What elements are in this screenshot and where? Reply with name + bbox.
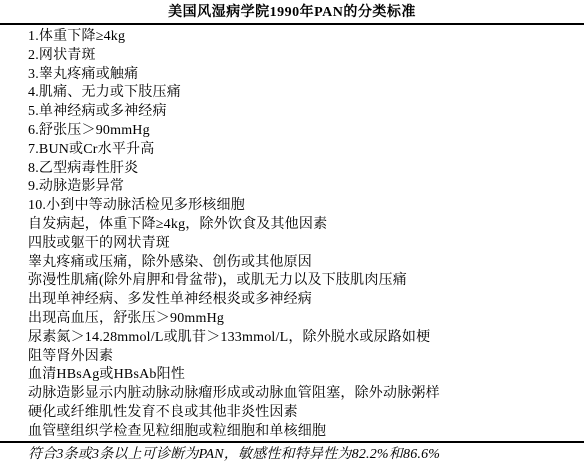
criteria-line: 阻等肾外因素 bbox=[28, 348, 578, 367]
criteria-line: 硬化或纤维肌性发育不良或其他非炎性因素 bbox=[28, 404, 578, 423]
criteria-line: 5.单神经病或多神经病 bbox=[28, 103, 578, 122]
criteria-line: 弥漫性肌痛(除外肩胛和骨盆带)，或肌无力以及下肢肌肉压痛 bbox=[28, 272, 578, 291]
criteria-line: 7.BUN或Cr水平升高 bbox=[28, 141, 578, 160]
criteria-line: 9.动脉造影异常 bbox=[28, 178, 578, 197]
footnote: 符合3条或3条以上可诊断为PAN，敏感性和特异性为82.2%和86.6% bbox=[0, 443, 584, 462]
criteria-line: 血清HBsAg或HBsAb阳性 bbox=[28, 366, 578, 385]
criteria-line: 4.肌痛、无力或下肢压痛 bbox=[28, 84, 578, 103]
criteria-line: 8.乙型病毒性肝炎 bbox=[28, 160, 578, 179]
criteria-line: 3.睾丸疼痛或触痛 bbox=[28, 66, 578, 85]
criteria-line: 睾丸疼痛或压痛，除外感染、创伤或其他原因 bbox=[28, 254, 578, 273]
criteria-line: 出现单神经病、多发性单神经根炎或多神经病 bbox=[28, 291, 578, 310]
criteria-line: 出现高血压，舒张压＞90mmHg bbox=[28, 310, 578, 329]
criteria-line: 四肢或躯干的网状青斑 bbox=[28, 235, 578, 254]
page-title: 美国风湿病学院1990年PAN的分类标准 bbox=[0, 0, 584, 22]
criteria-line: 10.小到中等动脉活检见多形核细胞 bbox=[28, 197, 578, 216]
criteria-line: 动脉造影显示内脏动脉动脉瘤形成或动脉血管阻塞，除外动脉粥样 bbox=[28, 385, 578, 404]
criteria-line: 尿素氮＞14.28mmol/L或肌苷＞133mmol/L，除外脱水或尿路如梗 bbox=[28, 329, 578, 348]
criteria-list: 1.体重下降≥4kg2.网状青斑3.睾丸疼痛或触痛4.肌痛、无力或下肢压痛5.单… bbox=[0, 25, 584, 441]
criteria-line: 6.舒张压＞90mmHg bbox=[28, 122, 578, 141]
criteria-line: 1.体重下降≥4kg bbox=[28, 28, 578, 47]
criteria-line: 自发病起，体重下降≥4kg，除外饮食及其他因素 bbox=[28, 216, 578, 235]
pan-criteria-document: 美国风湿病学院1990年PAN的分类标准 1.体重下降≥4kg2.网状青斑3.睾… bbox=[0, 0, 584, 462]
criteria-line: 血管壁组织学检查见粒细胞或粒细胞和单核细胞 bbox=[28, 423, 578, 442]
criteria-line: 2.网状青斑 bbox=[28, 47, 578, 66]
